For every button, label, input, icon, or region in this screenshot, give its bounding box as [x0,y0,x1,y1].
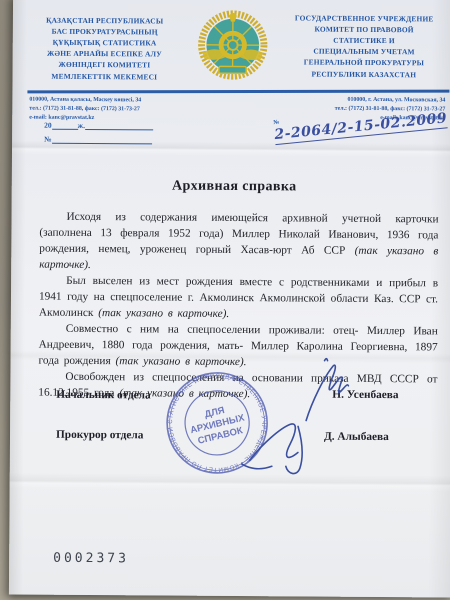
date-blank-line [85,122,153,130]
date-prefix: 20 [44,121,52,130]
org-name-russian: ГОСУДАРСТВЕННОЕ УЧРЕЖДЕНИЕ КОМИТЕТ ПО ПР… [276,8,450,80]
number-label: № [44,135,52,144]
letterhead-divider [27,90,449,93]
signature-usenbaeva-icon [306,365,348,421]
handwritten-number: 2-2064/2-15-02.2009 [274,110,448,145]
number-blank-line [52,136,152,145]
org-kk-line: ҚАЗАҚСТАН РЕСПУБЛИКАСЫ [21,15,189,27]
signature-alybaeva-icon [242,464,272,469]
address-kazakh: 010000, Астана қаласы, Мәскеу көшесі, 34… [29,96,141,124]
coat-of-arms-icon [188,8,277,87]
org-name-kazakh: ҚАЗАҚСТАН РЕСПУБЛИКАСЫ БАС ПРОКУРАТУРАСЫ… [20,7,188,83]
org-ru-line: ГОСУДАРСТВЕННОЕ УЧРЕЖДЕНИЕ [277,12,450,24]
number-label: № [273,120,280,127]
paragraph-note: (так указано в карточке). [98,307,229,320]
handwritten-signatures [228,352,379,483]
paragraph: Исходя из содержания имеющейся архивной … [39,209,438,276]
letterhead: ҚАЗАҚСТАН РЕСПУБЛИКАСЫ БАС ПРОКУРАТУРАСЫ… [20,7,450,88]
reference-date-number-lines: 20ж. № [44,121,153,150]
paragraph: Был выселен из мест рождения вместе с ро… [39,273,438,324]
paper-shadow [9,0,27,595]
document-paper: ҚАЗАҚСТАН РЕСПУБЛИКАСЫ БАС ПРОКУРАТУРАСЫ… [9,0,450,598]
signature-alybaeva-icon [250,424,303,474]
signatory-position: Начальник отдела [56,389,150,402]
date-blank-line [52,122,78,130]
handwritten-reference: № 2-2064/2-15-02.2009 [272,92,445,144]
serial-number: 0002373 [53,551,129,567]
org-ru-line: РЕСПУБЛИКИ КАЗАХСТАН [276,68,450,80]
signature-usenbaeva-icon [325,359,328,361]
date-suffix: ж. [78,121,85,130]
signatory-position: Прокурор отдела [56,429,143,442]
org-kk-line: МЕМЛЕКЕТТІК МЕКЕМЕСІ [20,70,188,82]
document-title: Архивная справка [12,177,450,196]
